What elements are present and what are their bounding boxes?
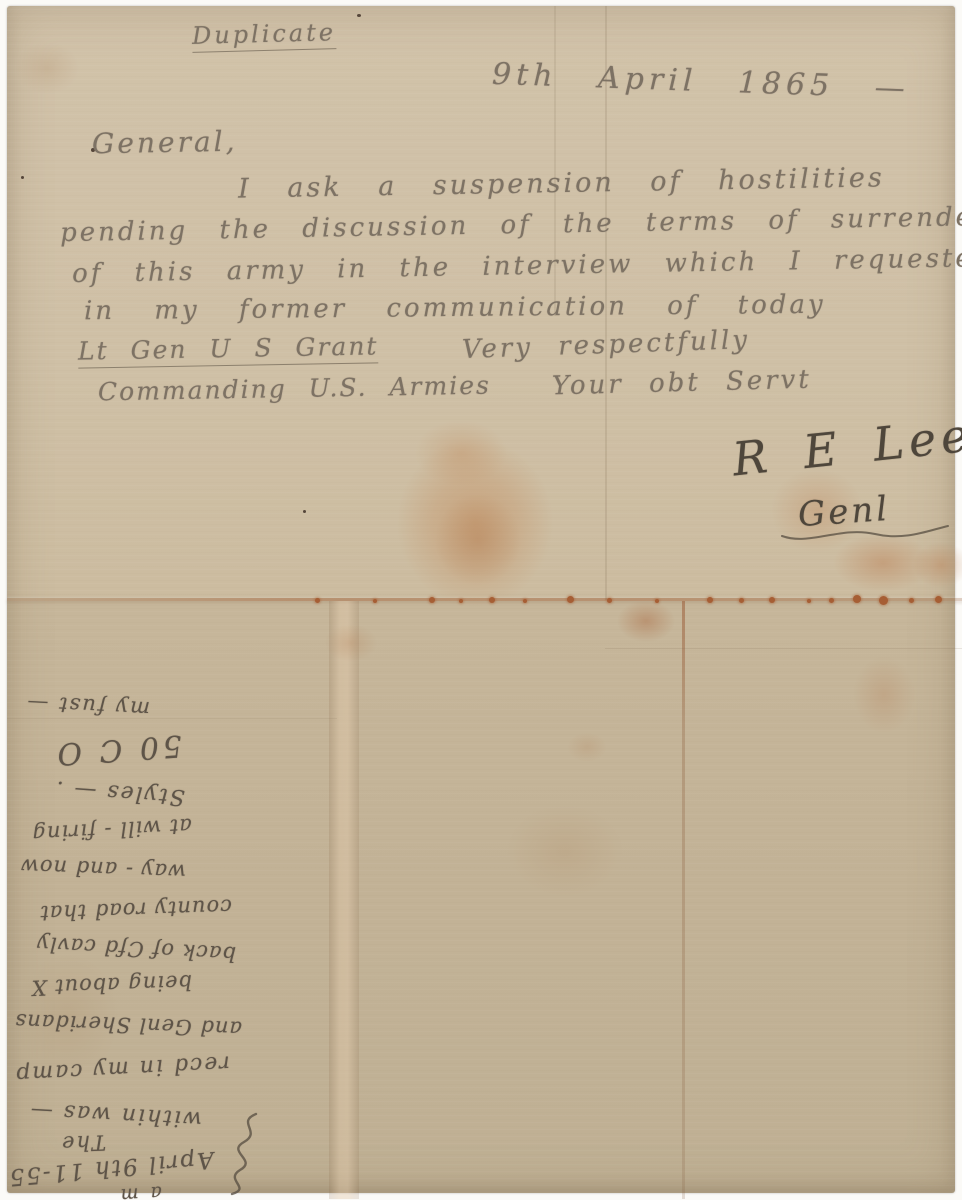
fold-stain-dot	[909, 598, 914, 603]
fold-stain-dot	[655, 599, 659, 603]
stain	[15, 42, 79, 94]
paper-grain-texture	[7, 6, 955, 1193]
horizontal-crease-left	[7, 718, 337, 719]
paper-speck	[91, 148, 95, 152]
stain	[435, 494, 521, 586]
fold-stain-dot	[523, 599, 527, 603]
fold-stain-dot	[607, 598, 612, 603]
stain	[567, 732, 607, 762]
paper-speck	[303, 510, 306, 513]
fold-stain-dot	[769, 597, 775, 603]
fold-stain-dot	[879, 596, 888, 605]
fold-stain-dot	[315, 598, 320, 603]
stain	[833, 534, 933, 592]
horizontal-crease-right	[605, 648, 962, 649]
horizontal-fold-line	[7, 598, 962, 601]
stain	[771, 468, 863, 552]
stain	[853, 656, 915, 734]
vertical-crease-top	[554, 6, 556, 316]
stain	[15, 954, 119, 1080]
paper-speck	[21, 176, 24, 179]
fold-stain-dot	[853, 595, 861, 603]
vertical-fold-band	[329, 601, 359, 1199]
stain	[397, 438, 553, 608]
stain	[325, 624, 377, 662]
fold-stain-dot	[459, 599, 463, 603]
fold-stain-dot	[739, 598, 744, 603]
vertical-crease-upper	[605, 6, 607, 600]
fold-stain-dot	[829, 598, 834, 603]
fold-stain-dot	[567, 596, 574, 603]
fold-stain-dot	[707, 597, 713, 603]
fold-stain-dot	[489, 597, 495, 603]
paper-speck	[357, 14, 361, 17]
stain	[913, 542, 962, 588]
stain	[507, 804, 623, 898]
fold-stain-dot	[429, 597, 435, 603]
stain	[617, 600, 675, 642]
fold-stain-dot	[373, 599, 377, 603]
letter-page	[7, 6, 955, 1193]
fold-stain-dot	[807, 599, 811, 603]
stain	[415, 420, 507, 486]
vertical-fold-crease	[682, 601, 685, 1199]
fold-stain-dot	[935, 596, 942, 603]
